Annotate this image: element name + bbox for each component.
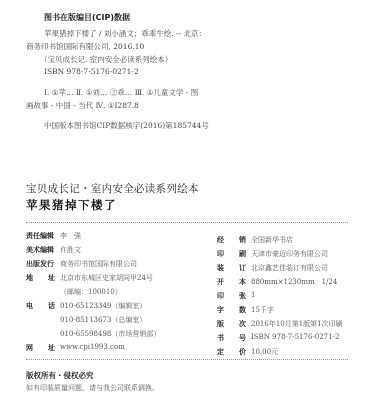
cip-line: ISBN 978-7-5176-0271-2 xyxy=(44,67,139,76)
info-label: 责任编辑 xyxy=(26,231,60,241)
info-row-distributor: 经销 全国新华书店 xyxy=(217,235,293,245)
info-row-edition: 版次 2016年10月第1版第1次印刷 xyxy=(217,319,343,329)
info-value: （邮编：100010） xyxy=(60,287,122,297)
info-row-website: 网址 www.cpi1993.com xyxy=(26,343,125,353)
info-value: 010-65598498（市场营销部） xyxy=(60,329,160,339)
info-row-printer: 印刷 天津市豪迈印务有限公司 xyxy=(217,249,328,259)
info-value: 李 强 xyxy=(60,231,81,241)
info-value: 北京鑫艺佳装订有限公司 xyxy=(251,263,328,273)
cip-line: Ⅰ. ①苹… Ⅱ. ①刘… ②乖… Ⅲ. ①儿童文学 - 图 xyxy=(44,87,198,98)
info-label: 网址 xyxy=(26,343,55,353)
info-row-publisher: 出版发行 商务印书馆国际有限公司 xyxy=(26,259,137,269)
website-link[interactable]: www.cpi1993.com xyxy=(60,343,125,353)
info-value: 商务印书馆国际有限公司 xyxy=(60,259,137,269)
cip-line: （宝贝成长记. 室内安全必读系列绘本） xyxy=(40,54,172,65)
info-label: 经销 xyxy=(217,235,246,245)
cip-line: 画故事 - 中国 - 当代 Ⅳ. ①I287.8 xyxy=(26,100,139,111)
info-label: 美术编辑 xyxy=(26,245,60,255)
info-row-binder: 装订 北京鑫艺佳装订有限公司 xyxy=(217,263,328,273)
info-row-editor: 责任编辑 李 强 xyxy=(26,231,81,241)
info-row-wordcount: 字数 15千字 xyxy=(217,305,274,315)
cip-line: 商务印书馆国际有限公司, 2016.10 xyxy=(26,41,144,52)
info-value: 10.00元 xyxy=(251,347,278,357)
info-row-phone-3: 010-65598498（市场营销部） xyxy=(60,329,160,339)
info-value: 全国新华书店 xyxy=(251,235,293,245)
info-row-postcode: （邮编：100010） xyxy=(60,287,122,297)
info-label: 装订 xyxy=(217,263,246,273)
info-value: 15千字 xyxy=(251,305,274,315)
info-label: 印张 xyxy=(217,291,246,301)
info-label: 版次 xyxy=(217,319,246,329)
info-value: 010-65123349（编辑室） xyxy=(60,301,146,311)
divider xyxy=(26,359,348,360)
divider xyxy=(26,222,348,223)
info-value: 许胜文 xyxy=(60,245,81,255)
info-label: 电话 xyxy=(26,301,55,311)
info-label: 书号 xyxy=(217,333,246,343)
info-row-price: 定价 10.00元 xyxy=(217,347,278,357)
info-label: 出版发行 xyxy=(26,259,60,269)
info-value: 1 xyxy=(251,291,255,301)
cip-line: 中国版本图书馆CIP数据核字(2016)第185744号 xyxy=(44,120,209,131)
info-row-phone: 电话 010-65123349（编辑室） xyxy=(26,301,146,311)
info-value: 北京市东城区史家胡同甲24号 xyxy=(60,273,153,283)
info-label: 定价 xyxy=(217,347,246,357)
copyright-title: 版权所有・侵权必究 xyxy=(26,370,94,381)
book-title: 苹果猪掉下楼了 xyxy=(26,197,117,213)
info-row-address: 地址 北京市东城区史家胡同甲24号 xyxy=(26,273,153,283)
info-label: 字数 xyxy=(217,305,246,315)
info-value: 010-85113673（总编室） xyxy=(60,315,146,325)
info-label: 地址 xyxy=(26,273,55,283)
info-label: 开本 xyxy=(217,277,246,287)
info-value: ISBN 978-7-5176-0271-2 xyxy=(251,333,339,343)
cip-line: 苹果猪掉下楼了 / 刘小涵文；乖乖牛绘. -- 北京： xyxy=(44,28,206,39)
info-value: 天津市豪迈印务有限公司 xyxy=(251,249,328,259)
cip-title: 图书在版编目(CIP)数据 xyxy=(44,12,130,23)
info-value: 880mm×1230mm 1/24 xyxy=(251,277,337,287)
series-name: 宝贝成长记・室内安全必读系列绘本 xyxy=(26,181,199,196)
info-row-isbn: 书号 ISBN 978-7-5176-0271-2 xyxy=(217,333,339,343)
info-label: 印刷 xyxy=(217,249,246,259)
info-value: 2016年10月第1版第1次印刷 xyxy=(251,319,343,329)
copyright-note: 如有印装质量问题，请与我公司联系调换。 xyxy=(26,383,159,393)
info-row-art-editor: 美术编辑 许胜文 xyxy=(26,245,81,255)
info-row-format: 开本 880mm×1230mm 1/24 xyxy=(217,277,337,287)
info-row-sheets: 印张 1 xyxy=(217,291,255,301)
info-row-phone-2: 010-85113673（总编室） xyxy=(60,315,146,325)
